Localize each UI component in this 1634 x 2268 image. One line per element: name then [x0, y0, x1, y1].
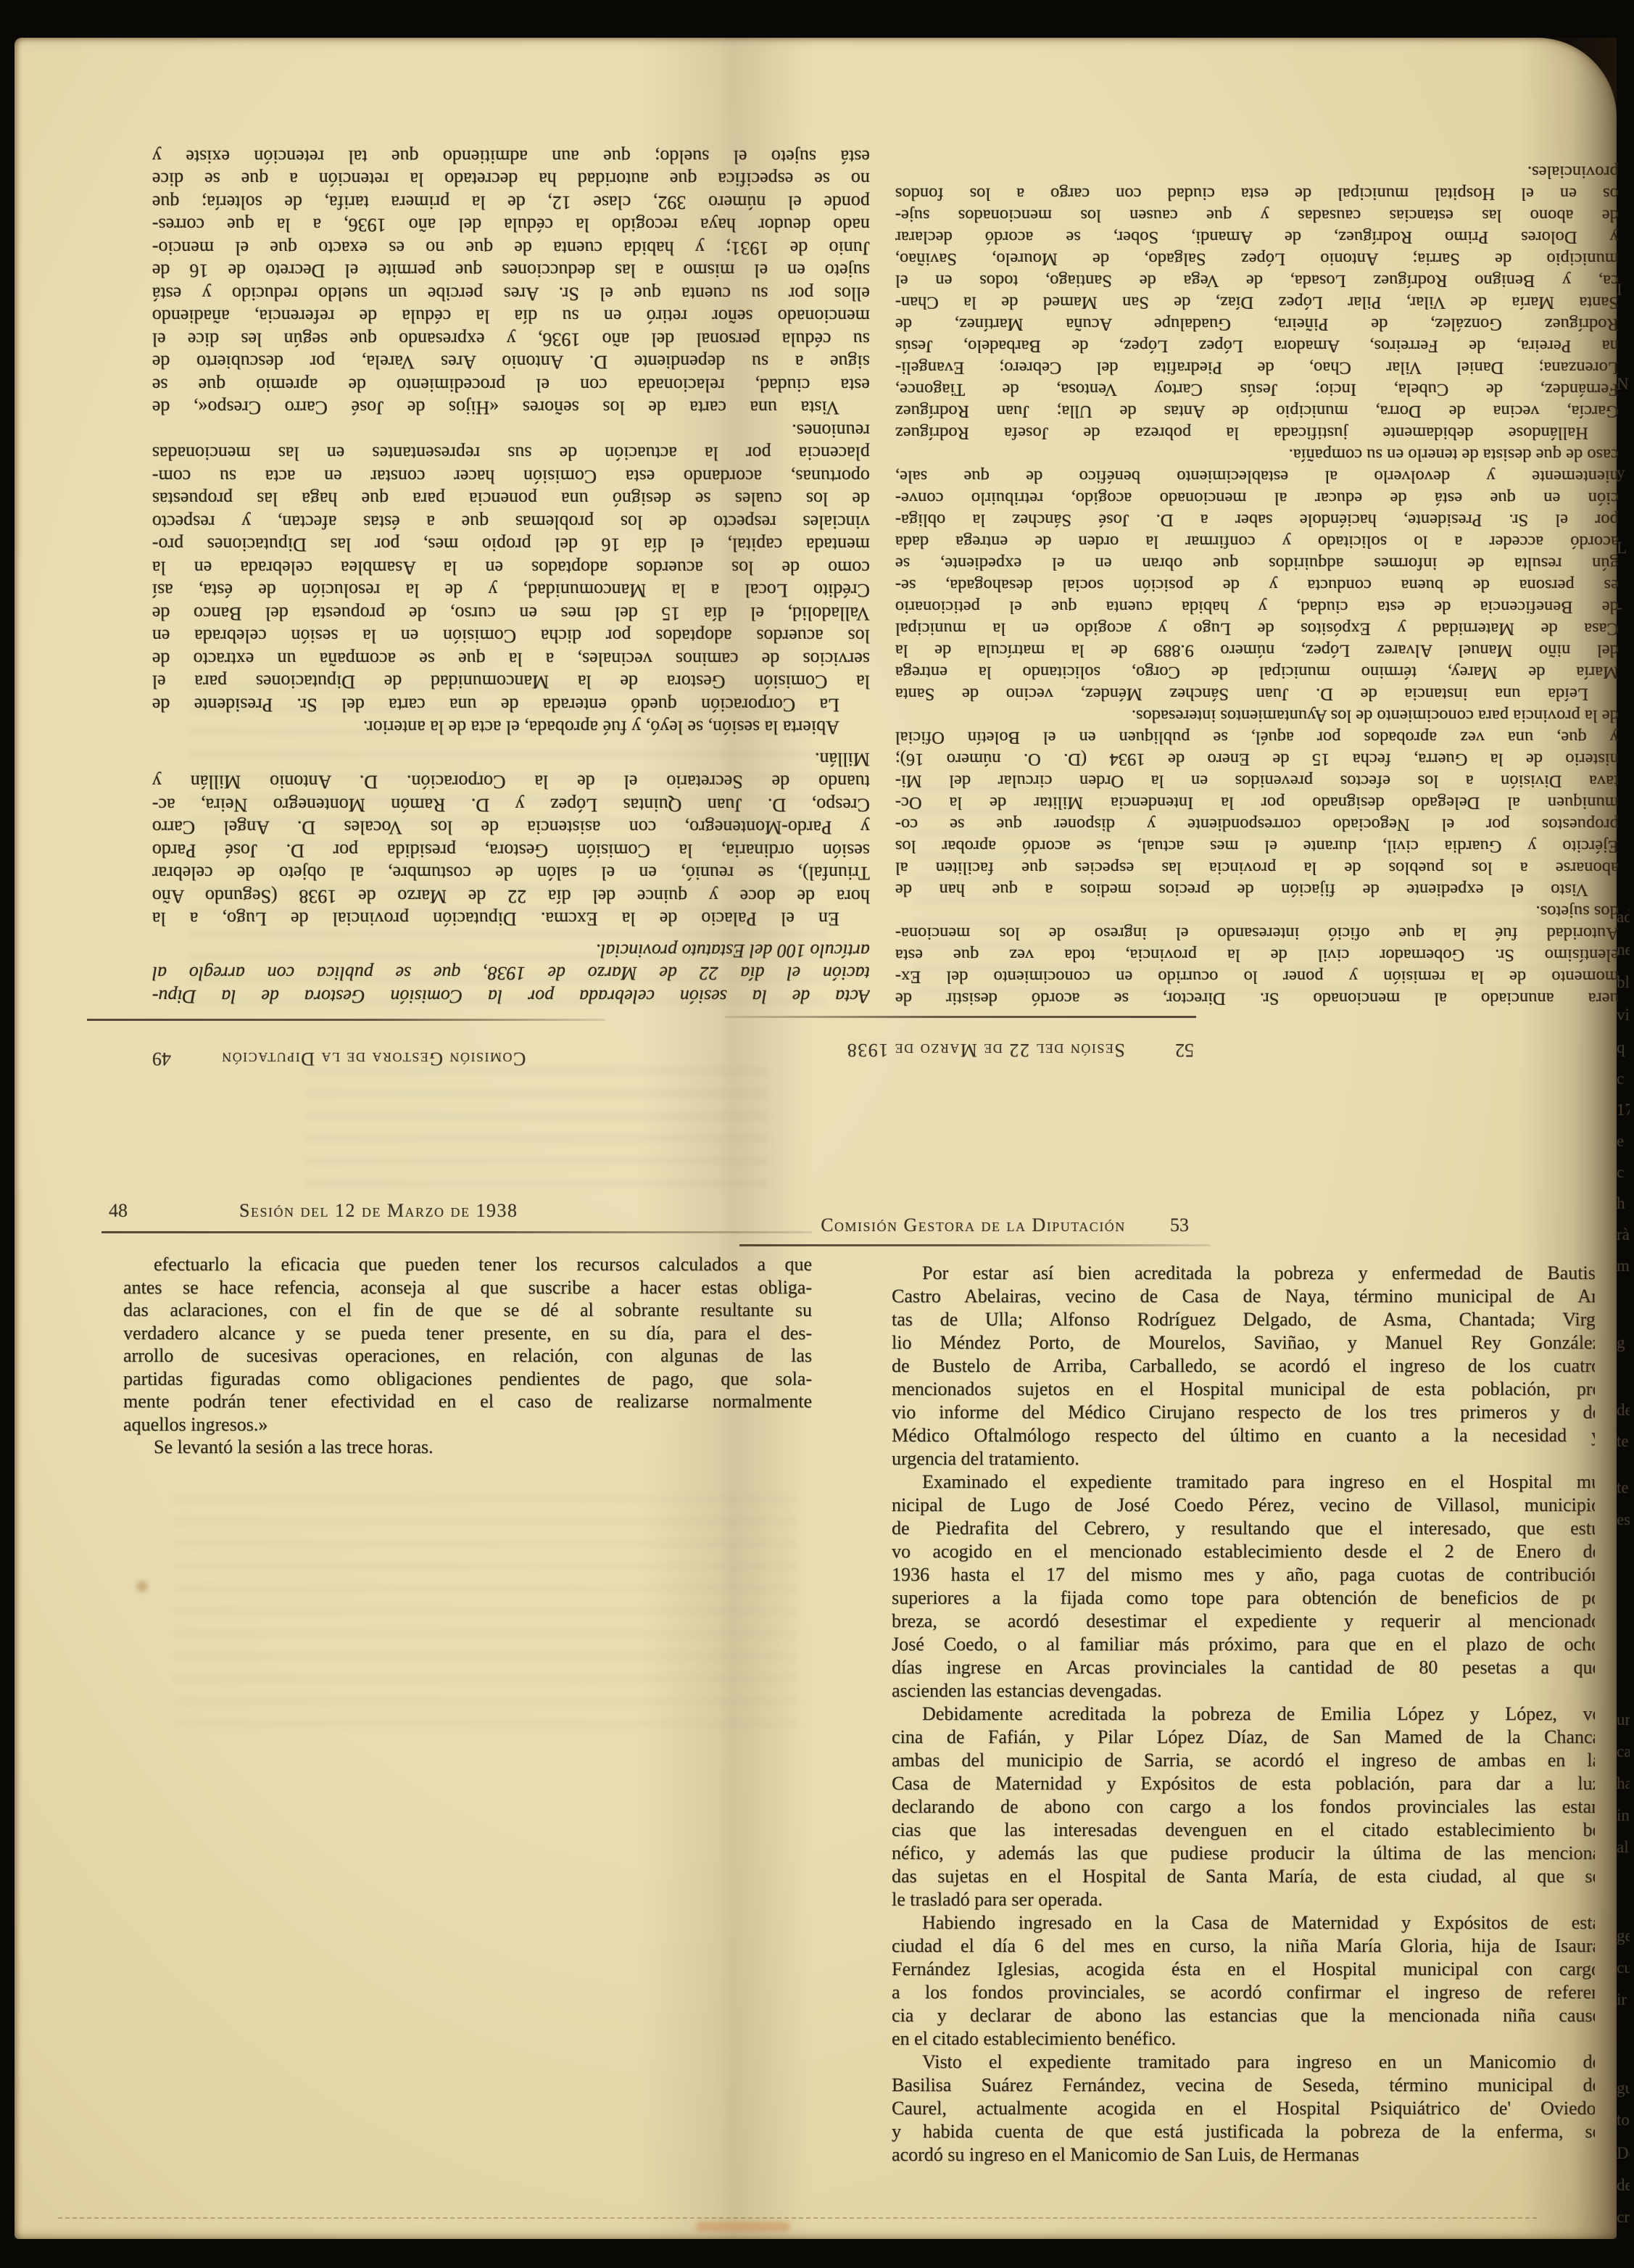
edge-text-fragment: to — [1617, 2111, 1630, 2128]
page-number: 52 — [1175, 1037, 1194, 1063]
text-line: cina de Fafián, y Pilar López Díaz, de S… — [892, 1726, 1595, 1749]
text-line: vo acogido en el mencionado establecimie… — [892, 1540, 1595, 1563]
text-line: 1936 hasta el 17 del mismo mes y año, pa… — [892, 1563, 1595, 1586]
text-line: por el Sr. Presidente, haciéndole saber … — [895, 509, 1619, 531]
text-line: acordó acceder a lo solicitado y confirm… — [895, 531, 1619, 552]
edge-text-fragment: y — [1617, 464, 1630, 481]
header-rule — [87, 1019, 605, 1021]
text-line: arrollo de sucesivas operaciones, en rel… — [123, 1344, 812, 1367]
paper-stain — [696, 2222, 790, 2232]
text-line: propuestos por el Negociado correspondie… — [895, 814, 1619, 835]
text-line: Habiendo ingresado en la Casa de Materni… — [892, 1911, 1595, 1934]
text-line: Santa María de Vilar, Pilar López Díaz, … — [895, 291, 1619, 313]
edge-text-fragment: ad — [1617, 909, 1630, 925]
edge-text-fragment: - — [1617, 599, 1630, 616]
adjacent-page-text-fragments: INyL-adneblviqc17echràmgdeteteesurcahain… — [1616, 0, 1630, 2268]
text-line: tas de Ulla; Alfonso Rodríguez Delgado, … — [892, 1308, 1595, 1331]
page-number: 49 — [152, 1046, 171, 1072]
text-line: mencionados sujetos en el Hospital munic… — [892, 1378, 1595, 1401]
text-line: Basilisa Suárez Fernández, vecina de Ses… — [892, 2074, 1595, 2097]
edge-text-fragment: es — [1617, 1511, 1630, 1528]
edge-text-fragment: gu — [1617, 2079, 1630, 2096]
text-line: Autoridad fué la que ofició interesando … — [895, 922, 1619, 944]
text-line: néfico, y además las que pudiese produci… — [892, 1842, 1595, 1865]
paper-crease-line — [58, 2217, 1537, 2219]
text-line: en el citado establecimiento benéfico. — [892, 2027, 1595, 2050]
edge-text-fragment: ur — [1617, 1711, 1630, 1728]
text-line: María de Marey, término municipal de Cor… — [895, 661, 1619, 683]
text-line: Visto el expediente de fijación de preci… — [895, 879, 1619, 901]
page-52-header: 52 Sesión del 22 de Marzo de 1938 — [810, 1035, 1194, 1063]
text-line: Casa de Maternidad y Expósitos de esta p… — [892, 1772, 1595, 1795]
text-line: Por estar así bien acreditada la pobreza… — [892, 1262, 1595, 1285]
page-edge-shadow — [1519, 38, 1617, 2239]
text-line: Leída una instancia de D. Juan Sánchez M… — [895, 683, 1619, 705]
text-line: García, vecina de Dorra, municipio de An… — [895, 400, 1619, 422]
edge-text-fragment: ir — [1617, 1991, 1630, 2008]
text-line: Caurel, actualmente acogida en el Hospit… — [892, 2097, 1595, 2120]
text-line: nientemente y devolverlo al establecimie… — [895, 465, 1619, 487]
text-line: Visto el expediente tramitado para ingre… — [892, 2050, 1595, 2074]
text-line: partidas figuradas como obligaciones pen… — [123, 1367, 812, 1391]
running-title: Comisión Gestora de la Diputación — [797, 1212, 1149, 1238]
edge-text-fragment: ca — [1617, 1743, 1630, 1760]
edge-text-fragment: in — [1617, 1807, 1630, 1824]
page-number: 53 — [1170, 1212, 1189, 1238]
edge-text-fragment: I — [1617, 281, 1630, 298]
text-line: gún resulta de informes adquiridos que o… — [895, 552, 1619, 574]
edge-text-fragment: 17 — [1617, 1101, 1630, 1118]
text-line: provinciales. — [895, 161, 1619, 183]
text-line: urgencia del tratamiento. — [892, 1447, 1595, 1470]
edge-text-fragment: c — [1617, 1070, 1630, 1087]
text-line: ca, y Benigno Rodríguez Losada, de Vega … — [895, 270, 1619, 291]
edge-text-fragment: q — [1617, 1039, 1630, 1056]
edge-text-fragment: cr — [1617, 2209, 1630, 2225]
text-line: declarando de abono con cargo a los fond… — [892, 1795, 1595, 1818]
text-line: Fernández Iglesias, acogida ésta en el H… — [892, 1958, 1595, 1981]
text-line: na Pereira, de Ferreiros, Amadora López … — [895, 335, 1619, 357]
text-line: das sujetas en el Hospital de Santa Marí… — [892, 1865, 1595, 1888]
text-line: del niño Manuel Alvarez López, número 9.… — [895, 640, 1619, 661]
page-49-header: Comisión Gestora de la Diputación 49 — [152, 1044, 565, 1072]
text-line: José Coedo, o al familiar más próximo, p… — [892, 1633, 1595, 1656]
text-line: Ejército y Guardia civil, durante el mes… — [895, 835, 1619, 857]
text-line: nisterio de la Guerra, fecha 15 de Enero… — [895, 748, 1619, 770]
edge-text-fragment: e — [1617, 1133, 1630, 1149]
edge-text-fragment: ne — [1617, 941, 1630, 958]
text-line: Castro Abelairas, vecino de Casa de Naya… — [892, 1285, 1595, 1308]
text-line: acordó su ingreso en el Manicomio de San… — [892, 2143, 1595, 2166]
text-line: breza, se acordó desestimar el expedient… — [892, 1610, 1595, 1633]
text-line: Rodríguez González, de Piñeira, Guadalup… — [895, 313, 1619, 335]
text-line: ción en que está de educar al mencionado… — [895, 487, 1619, 509]
text-line: os en el Hospital municipal de esta ciud… — [895, 183, 1619, 204]
edge-text-fragment: rà — [1617, 1226, 1630, 1243]
scanned-book-spread: INyL-adneblviqc17echràmgdeteteesurcahain… — [0, 0, 1634, 2268]
paper-stain — [136, 1581, 148, 1592]
text-line: tava División a los efectos prevenidos e… — [895, 770, 1619, 792]
text-line: lio Méndez Porto, de Mourelos, Saviñao, … — [892, 1331, 1595, 1354]
text-line: de abono las estancias causadas y que ca… — [895, 204, 1619, 226]
text-line: municipio de Sarria; Antonio López Salga… — [895, 248, 1619, 270]
page-52-rotated: 52 Sesión del 22 de Marzo de 1938 uera a… — [718, 138, 1620, 1073]
text-line: momento de la remisión y poner lo ocurri… — [895, 966, 1619, 988]
page-53: Comisión Gestora de la Diputación 53 Por… — [732, 1200, 1595, 2186]
text-line: y que, una vez aprobados por aquél, se p… — [895, 727, 1619, 748]
text-line: efectuarlo la eficacia que pueden tener … — [123, 1253, 812, 1276]
text-line: y Dolores Primo Rodríguez, de Amandi, So… — [895, 226, 1619, 248]
text-line: antes se hace refencia, aconseja al que … — [123, 1276, 812, 1299]
page-53-text: Por estar así bien acreditada la pobreza… — [892, 1262, 1595, 2166]
text-line: es persona de buena conducta y de posici… — [895, 574, 1619, 596]
header-rule — [725, 1016, 1196, 1018]
running-title: Comisión Gestora de la Diputación — [181, 1046, 565, 1072]
edge-text-fragment: c — [1617, 1164, 1630, 1180]
text-line: de Beneficencia de esta ciudad, y habida… — [895, 596, 1619, 618]
text-line: de la provincia para conocimiento de los… — [895, 705, 1619, 727]
text-line: elentísimo Sr. Gobernador civil de la pr… — [895, 944, 1619, 966]
header-rule — [101, 1231, 812, 1233]
text-line: Fernández, de Cubela, Incio; Jesús Carto… — [895, 378, 1619, 400]
edge-text-fragment: al — [1617, 1839, 1630, 1855]
text-line: Se levantó la sesión a las trece horas. — [123, 1436, 812, 1459]
text-line: das aclaraciones, con el fin de que se d… — [123, 1299, 812, 1322]
text-line: nicipal de Lugo de José Coedo Pérez, vec… — [892, 1494, 1595, 1517]
edge-text-fragment: de — [1617, 1402, 1630, 1418]
edge-text-fragment: de — [1617, 2177, 1630, 2193]
edge-text-fragment: m — [1617, 1257, 1630, 1274]
text-line: ciudad el día 6 del mes en curso, la niñ… — [892, 1934, 1595, 1958]
text-line: ascienden las estancias devengadas. — [892, 1679, 1595, 1702]
edge-text-fragment: L — [1617, 539, 1630, 556]
page-48: 48 Sesión del 12 de Marzo de 1938 efectu… — [94, 1189, 819, 1476]
page-52-text: uera anunciado al mencionado Sr. Directo… — [895, 161, 1619, 1009]
page-number: 48 — [109, 1198, 128, 1224]
page-53-header: Comisión Gestora de la Diputación 53 — [732, 1212, 1196, 1240]
text-line: mente podrán tener efectividad en el cas… — [123, 1390, 812, 1413]
page-48-text: efectuarlo la eficacia que pueden tener … — [123, 1253, 812, 1459]
edge-text-fragment: vi — [1617, 1006, 1630, 1023]
text-line: uera anunciado al mencionado Sr. Directo… — [895, 988, 1619, 1009]
edge-text-fragment: te — [1617, 1433, 1630, 1449]
text-line: días ingrese en Arcas provinciales la ca… — [892, 1656, 1595, 1679]
text-line: cias que las interesadas devenguen en el… — [892, 1818, 1595, 1842]
text-line: Médico Oftalmólogo respecto del último e… — [892, 1424, 1595, 1447]
text-line: le trasladó para ser operada. — [892, 1888, 1595, 1911]
text-line: ambas del municipio de Sarria, se acordó… — [892, 1749, 1595, 1772]
text-line: aquellos ingresos.» — [123, 1413, 812, 1436]
text-line: vio informe del Médico Cirujano respecto… — [892, 1401, 1595, 1424]
text-line: verdadero alcance y se pueda tener prese… — [123, 1322, 812, 1345]
text-line: muniquen al Delegado designado por la In… — [895, 792, 1619, 814]
text-line: dos sujetos. — [895, 901, 1619, 922]
text-line: caso de que desista de tenerlo en su com… — [895, 444, 1619, 465]
edge-text-fragment: cu — [1617, 1959, 1630, 1976]
text-line: Debidamente acreditada la pobreza de Emi… — [892, 1702, 1595, 1726]
page-48-header: 48 Sesión del 12 de Marzo de 1938 — [94, 1198, 819, 1225]
edge-text-fragment: N — [1617, 376, 1630, 392]
text-line: a los fondos provinciales, se acordó con… — [892, 1981, 1595, 2004]
edge-text-fragment: bl — [1617, 974, 1630, 990]
edge-text-fragment: ha — [1617, 1775, 1630, 1792]
text-line: Casa de Maternidad y Expósitos de Lugo y… — [895, 618, 1619, 640]
text-line: cia y declarar de abono las estancias qu… — [892, 2004, 1595, 2027]
text-line: Hallándose debidamente justificada la po… — [895, 422, 1619, 444]
text-line: Lorenzana; Daniel Vilar Chao, de Piedraf… — [895, 357, 1619, 378]
running-title: Sesión del 22 de Marzo de 1938 — [810, 1037, 1161, 1063]
text-line: y habida cuenta de que está justificada … — [892, 2120, 1595, 2143]
edge-text-fragment: te — [1617, 1479, 1630, 1496]
edge-text-fragment: ge — [1617, 1927, 1630, 1944]
running-title: Sesión del 12 de Marzo de 1938 — [239, 1198, 500, 1224]
header-rule — [739, 1244, 1211, 1246]
text-line: Examinado el expediente tramitado para i… — [892, 1470, 1595, 1494]
text-line: superiores a la fijada como tope para ob… — [892, 1586, 1595, 1610]
text-line: de Bustelo de Arriba, Carballedo, se aco… — [892, 1354, 1595, 1378]
edge-text-fragment: g — [1617, 1334, 1630, 1351]
edge-text-fragment: De — [1617, 2145, 1630, 2161]
edge-text-fragment: h — [1617, 1195, 1630, 1212]
text-line: de Piedrafita del Cebrero, y resultando … — [892, 1517, 1595, 1540]
text-line: abonarse a los pueblos de la provincia l… — [895, 857, 1619, 879]
